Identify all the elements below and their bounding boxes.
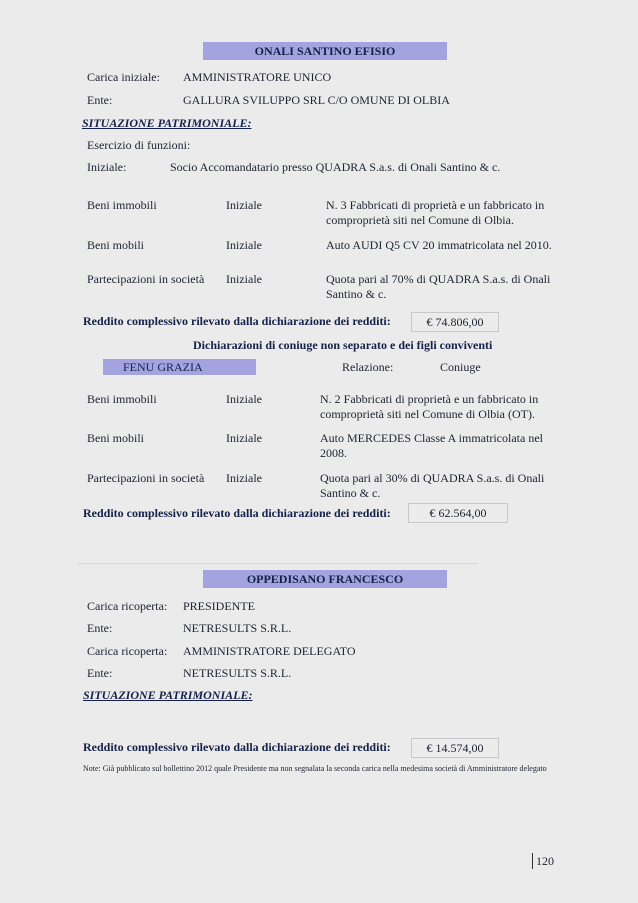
asset-type: Partecipazioni in società bbox=[87, 471, 204, 486]
ente-label: Ente: bbox=[87, 93, 112, 108]
ente-label: Ente: bbox=[87, 666, 112, 681]
role-label: Carica ricoperta: bbox=[87, 599, 167, 614]
role-value: AMMINISTRATORE DELEGATO bbox=[183, 644, 356, 659]
asset-type: Beni mobili bbox=[87, 238, 144, 253]
asset-status: Iniziale bbox=[226, 272, 262, 287]
iniziale-value: Socio Accomandatario presso QUADRA S.a.s… bbox=[170, 160, 500, 175]
income-value: € 74.806,00 bbox=[411, 312, 499, 332]
ente-value: NETRESULTS S.R.L. bbox=[183, 666, 291, 681]
role-value: AMMINISTRATORE UNICO bbox=[183, 70, 331, 85]
asset-status: Iniziale bbox=[226, 471, 262, 486]
ente-value: GALLURA SVILUPPO SRL C/O OMUNE DI OLBIA bbox=[183, 93, 450, 108]
asset-status: Iniziale bbox=[226, 392, 262, 407]
asset-type: Beni mobili bbox=[87, 431, 144, 446]
asset-status: Iniziale bbox=[226, 198, 262, 213]
asset-status: Iniziale bbox=[226, 431, 262, 446]
role-label: Carica ricoperta: bbox=[87, 644, 167, 659]
separator-line bbox=[78, 563, 478, 564]
income-value: € 62.564,00 bbox=[408, 503, 508, 523]
income-label: Reddito complessivo rilevato dalla dichi… bbox=[83, 740, 391, 755]
ente-label: Ente: bbox=[87, 621, 112, 636]
esercizio-label: Esercizio di funzioni: bbox=[87, 138, 190, 153]
income-label: Reddito complessivo rilevato dalla dichi… bbox=[83, 314, 391, 329]
asset-desc: N. 3 Fabbricati di proprietà e un fabbri… bbox=[326, 198, 556, 228]
asset-desc: N. 2 Fabbricati di proprietà e un fabbri… bbox=[320, 392, 550, 422]
asset-type: Partecipazioni in società bbox=[87, 272, 204, 287]
asset-desc: Auto MERCEDES Classe A immatricolata nel… bbox=[320, 431, 550, 461]
note-text: Note: Già pubblicato sul bollettino 2012… bbox=[83, 763, 553, 774]
person-name-header: OPPEDISANO FRANCESCO bbox=[203, 570, 447, 588]
page-number: 120 bbox=[532, 853, 554, 869]
spouse-section-title: Dichiarazioni di coniuge non separato e … bbox=[193, 338, 492, 353]
income-label: Reddito complessivo rilevato dalla dichi… bbox=[83, 506, 391, 521]
spouse-name: FENU GRAZIA bbox=[103, 359, 256, 375]
income-value: € 14.574,00 bbox=[411, 738, 499, 758]
role-label: Carica iniziale: bbox=[87, 70, 160, 85]
section-title: SITUAZIONE PATRIMONIALE: bbox=[83, 688, 252, 703]
asset-type: Beni immobili bbox=[87, 198, 157, 213]
relation-label: Relazione: bbox=[342, 360, 393, 375]
relation-value: Coniuge bbox=[440, 360, 481, 375]
role-value: PRESIDENTE bbox=[183, 599, 255, 614]
person-name-header: ONALI SANTINO EFISIO bbox=[203, 42, 447, 60]
asset-desc: Quota pari al 70% di QUADRA S.a.s. di On… bbox=[326, 272, 556, 302]
asset-type: Beni immobili bbox=[87, 392, 157, 407]
asset-status: Iniziale bbox=[226, 238, 262, 253]
section-title: SITUAZIONE PATRIMONIALE: bbox=[82, 116, 251, 131]
asset-desc: Quota pari al 30% di QUADRA S.a.s. di On… bbox=[320, 471, 550, 501]
ente-value: NETRESULTS S.R.L. bbox=[183, 621, 291, 636]
asset-desc: Auto AUDI Q5 CV 20 immatricolata nel 201… bbox=[326, 238, 552, 253]
iniziale-label: Iniziale: bbox=[87, 160, 126, 175]
